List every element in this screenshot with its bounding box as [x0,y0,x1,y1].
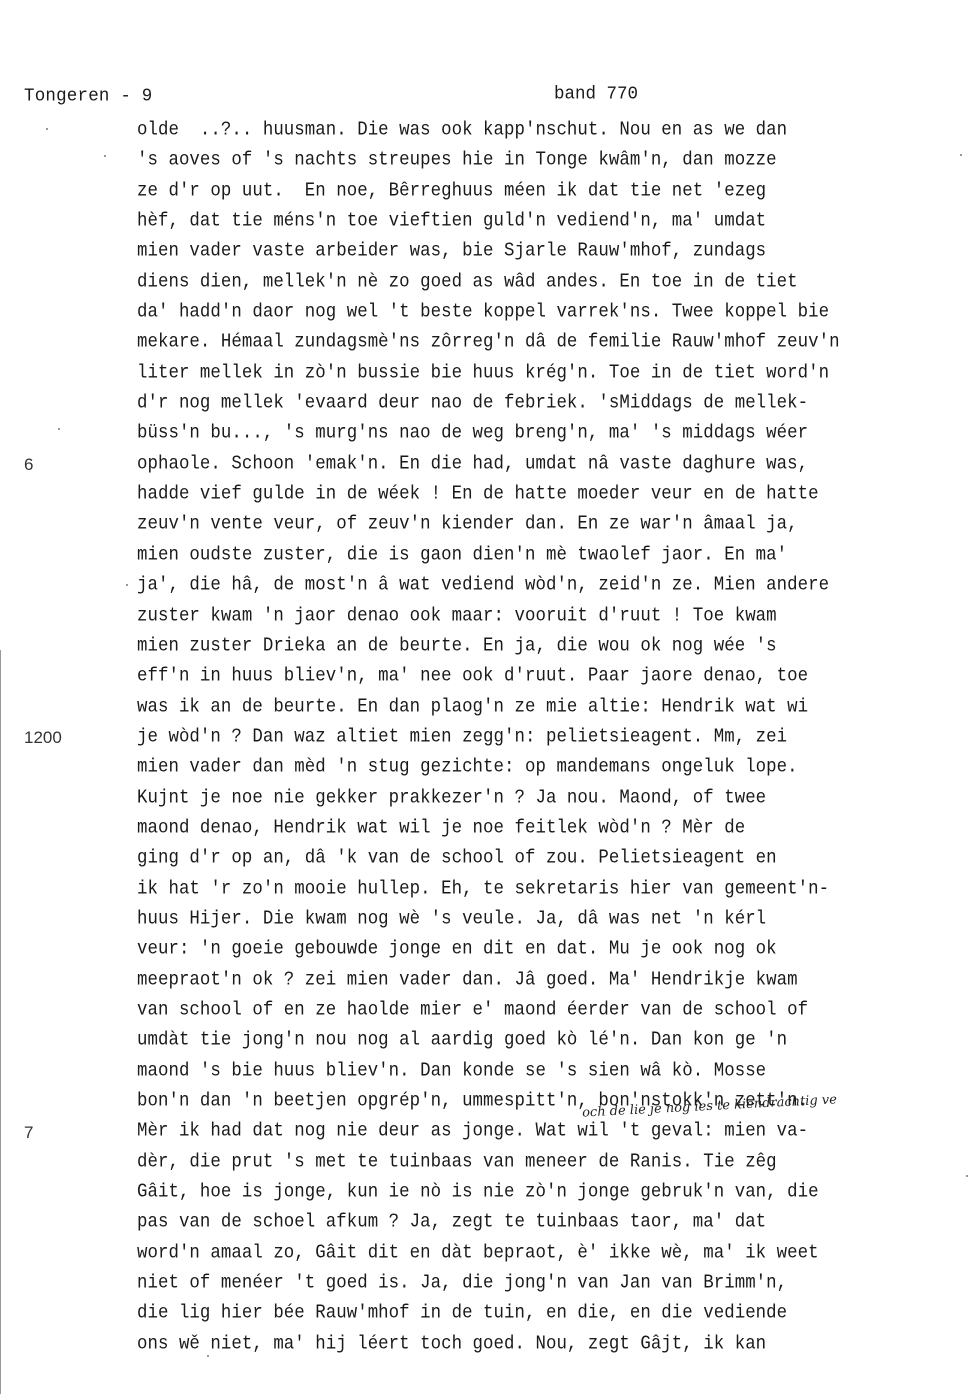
transcript-line: ze d'r op uut. En noe, Bêrreghuus méen i… [137,175,977,208]
transcript-line: Kujnt je noe nie gekker prakkezer'n ? Ja… [137,782,977,815]
transcript-line: eff'n in huus bliev'n, ma' nee ook d'ruu… [137,661,977,694]
transcript-line: maond denao, Hendrik wat wil je noe feit… [137,812,977,845]
scan-speck [58,428,60,430]
scan-speck [960,154,962,156]
transcript-line: 's aoves of 's nachts streupes hie in To… [137,145,977,178]
scan-speck [104,155,106,157]
transcript-line: ophaole. Schoon 'emak'n. En die had, umd… [137,448,977,481]
transcript-line: van school of en ze haolde mier e' maond… [137,994,977,1027]
transcript-line: büss'n bu..., 's murg'ns nao de weg bren… [137,418,977,451]
transcript-line: umdàt tie jong'n nou nog al aardig goed … [137,1025,977,1058]
transcript-line: maond 's bie huus bliev'n. Dan konde se … [137,1055,977,1088]
transcript-line: mien vader vaste arbeider was, bie Sjarl… [137,236,977,269]
transcript-line: zuster kwam 'n jaor denao ook maar: voor… [137,600,977,633]
transcript-line: veur: 'n goeie gebouwde jonge en dit en … [137,934,977,967]
transcript-line: olde ..?.. huusman. Die was ook kapp'nsc… [137,114,977,147]
transcript-line: je wòd'n ? Dan waz altiet mien zegg'n: p… [137,721,977,754]
tape-number-header: band 770 [554,83,638,105]
transcript-line: da' hadd'n daor nog wel 't beste koppel … [137,297,977,330]
transcript-line: word'n amaal zo, Gâit dit en dàt bepraot… [137,1237,977,1270]
scan-speck [126,584,128,586]
transcript-line: ons wě niet, ma' hij léert toch goed. No… [137,1328,977,1361]
transcript-line: hadde vief gulde in de wéek ! En de hatt… [137,479,977,512]
transcript-line: was ik an de beurte. En dan plaog'n ze m… [137,691,977,724]
scan-speck [46,128,48,130]
margin-line-marker: 7 [24,1123,33,1143]
transcript-line: huus Hijer. Die kwam nog wè 's veule. Ja… [137,903,977,936]
transcript-line: ik hat 'r zo'n mooie hullep. Eh, te sekr… [137,873,977,906]
scan-edge-line [0,650,1,1394]
document-location-header: Tongeren - 9 [24,85,152,107]
transcript-line: pas van de schoel afkum ? Ja, zegt te tu… [137,1207,977,1240]
scan-speck [966,1175,968,1177]
transcript-line: hèf, dat tie méns'n toe vieftien guld'n … [137,206,977,239]
transcript-line: dèr, die prut 's met te tuinbaas van men… [137,1146,977,1179]
margin-line-marker: 6 [24,455,33,475]
transcript-page: Tongeren - 9 band 770 612007 olde ..?.. … [0,0,979,1394]
transcript-line: niet of menéer 't goed is. Ja, die jong'… [137,1268,977,1301]
scan-speck [207,1355,209,1357]
transcript-line: liter mellek in zò'n bussie bie huus kré… [137,357,977,390]
transcript-line: mien zuster Drieka an de beurte. En ja, … [137,630,977,663]
transcript-line: mekare. Hémaal zundagsmè'ns zôrreg'n dâ … [137,327,977,360]
transcript-line: bon'n dan 'n beetjen opgrép'n, ummespitt… [137,1085,977,1118]
transcript-line: meepraot'n ok ? zei mien vader dan. Jâ g… [137,964,977,997]
transcript-line: mien vader dan mèd 'n stug gezichte: op … [137,752,977,785]
margin-line-marker: 1200 [24,728,62,748]
transcript-body: olde ..?.. huusman. Die was ook kapp'nsc… [137,116,977,1360]
transcript-line: die lig hier bée Rauw'mhof in de tuin, e… [137,1298,977,1331]
transcript-line: d'r nog mellek 'evaard deur nao de febri… [137,388,977,421]
transcript-line: ging d'r op an, dâ 'k van de school of z… [137,843,977,876]
transcript-line: ja', die hâ, de most'n â wat vediend wòd… [137,570,977,603]
transcript-line: diens dien, mellek'n nè zo goed as wâd a… [137,266,977,299]
transcript-line: mien oudste zuster, die is gaon dien'n m… [137,539,977,572]
transcript-line: Gâit, hoe is jonge, kun ie nò is nie zò'… [137,1177,977,1210]
transcript-line: zeuv'n vente veur, of zeuv'n kiender dan… [137,509,977,542]
transcript-line: Mèr ik had dat nog nie deur as jonge. Wa… [137,1116,977,1149]
